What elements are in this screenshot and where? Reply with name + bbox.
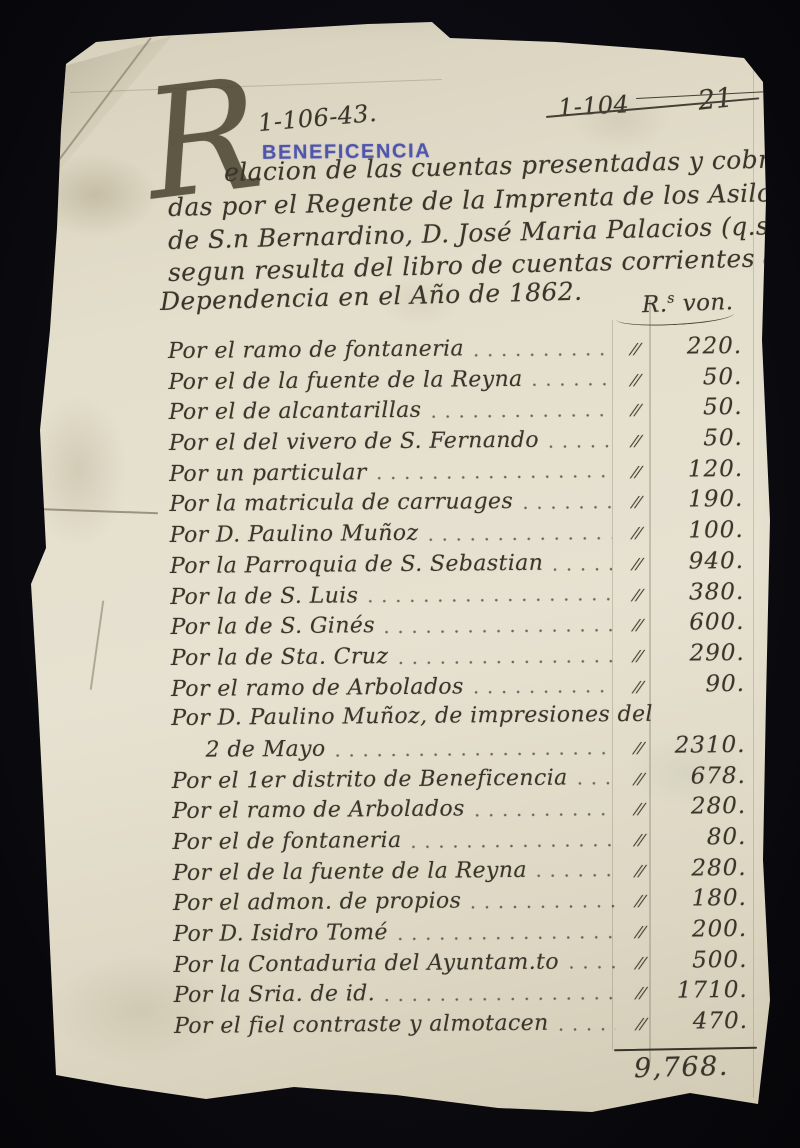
dot-leader [398,935,615,941]
row-label: Por D. Paulino Muñoz, de impresiones del [171,702,653,731]
row-label: Por la Parroquia de S. Sebastian [170,551,544,579]
beneficencia-stamp: BENEFICENCIA [262,140,431,165]
dot-leader [431,413,610,419]
ditto-mark: // [621,923,659,941]
top-crease [70,79,442,93]
ledger-row: Por el ramo de fontaneria//220. [168,333,758,369]
strikethrough-stroke [546,97,759,117]
ditto-mark: // [619,677,657,695]
ledger-row: Por el de la fuente de la Reyna//280. [173,855,763,891]
row-amount: 1710. [658,977,764,1004]
ditto-mark: // [621,861,659,879]
flourished-initial: R [137,58,270,223]
ditto-mark: // [622,953,660,971]
row-amount: 280. [656,793,762,820]
row-amount: 190. [653,486,759,513]
amount-column-crease [649,300,651,1062]
row-label: Por el de alcantarillas [169,398,422,425]
right-margin-crease [753,62,754,1098]
ledger-row-continuation: 2 de Mayo//2310. [171,732,761,768]
dot-leader [474,689,613,694]
dot-leader [578,781,614,785]
row-label: Por la de Sta. Cruz [171,644,389,671]
row-label: Por la matricula de carruages [169,489,513,517]
row-amount: 280. [657,855,763,882]
ditto-mark: // [617,432,655,450]
row-amount: 50. [652,364,758,391]
corner-fold-shade [56,32,186,182]
ledger-row: Por el de la fuente de la Reyna//50. [168,364,758,400]
row-amount: 90. [655,670,761,697]
crossed-number-annotation: 1-104 [557,90,630,122]
ditto-mark: // [619,616,657,634]
currency-unit: von. [675,289,734,317]
currency-column-header: R.s von. [642,288,734,318]
row-label: Por el de fontaneria [172,828,401,855]
row-label: Por la de S. Ginés [170,613,375,640]
row-amount: 200. [657,916,763,943]
ledger-row: Por D. Isidro Tomé//200. [173,916,763,952]
row-label: Por D. Paulino Muñoz [170,521,419,548]
ledger-row: Por la Parroquia de S. Sebastian//940. [170,548,760,584]
row-amount: 100. [654,517,760,544]
sum-rule [614,1047,757,1051]
row-label: Por el fiel contraste y almotacen [174,1011,549,1039]
ditto-mark: // [622,984,660,1002]
row-amount: 180. [657,885,763,912]
dot-leader [336,751,614,757]
dot-leader [412,843,615,849]
manuscript-page: R 1-106-43. 1-104 21 BENEFICENCIA elacio… [0,0,800,1148]
ditto-column-crease [612,320,613,1050]
ledger-row: Por el ramo de Arbolados//280. [172,793,762,829]
ditto-mark: // [616,340,654,358]
right-number-annotation: 21 [696,82,734,117]
corner-fold-crease [57,37,151,161]
ledger-row: Por el de fontaneria//80. [172,824,762,860]
ditto-mark: // [617,463,655,481]
dot-leader [385,628,613,634]
heading-line: elacion de las cuentas presentadas y cob… [224,144,795,187]
row-amount: 50. [653,394,759,421]
row-amount: 940. [654,548,760,575]
heading-line: Dependencia en el Año de 1862. [160,277,583,316]
ledger-row: Por la Contaduria del Ayuntam.to//500. [173,947,763,983]
heading-line: segun resulta del libro de cuentas corri… [168,241,800,287]
row-label: Por la Sria. de id. [174,982,376,1009]
currency-superscript: s [667,290,675,306]
ditto-mark: // [622,1015,660,1033]
left-edge-tear [36,508,158,514]
ditto-mark: // [620,739,658,757]
dot-leader [429,536,612,542]
dot-leader [368,597,612,603]
strikethrough-stroke-2 [636,91,768,99]
dot-leader [398,659,612,665]
dot-leader [549,444,611,449]
row-amount: 80. [656,824,762,851]
dot-leader [569,966,616,970]
row-label: Por el del vivero de S. Fernando [169,428,539,456]
row-amount: 600. [654,609,760,636]
dot-leader [553,567,612,572]
row-label: Por el ramo de Arbolados [171,674,464,702]
dot-leader [475,812,614,817]
row-amount: 290. [655,640,761,667]
dot-leader [474,352,610,357]
ledger-row: Por un particular//120. [169,456,759,492]
row-label: Por la Contaduria del Ayuntam.to [173,949,559,977]
row-label: Por el ramo de fontaneria [168,336,464,364]
ledger-row: Por la Sria. de id.//1710. [174,977,764,1013]
ledger-row: Por D. Paulino Muñoz, de impresiones del [171,701,761,737]
ditto-mark: // [618,555,656,573]
dot-leader [533,383,611,388]
heading-line: das por el Regente de la Imprenta de los… [168,178,786,222]
row-amount: 470. [658,1008,764,1035]
ledger-row: Por el ramo de Arbolados//90. [171,670,761,706]
photo-backdrop: R 1-106-43. 1-104 21 BENEFICENCIA elacio… [0,0,800,1148]
ditto-mark: // [620,800,658,818]
ditto-mark: // [618,524,656,542]
torn-flap-shadow [0,0,70,88]
ledger-row: Por D. Paulino Muñoz//100. [170,517,760,553]
row-amount: 2310. [655,732,761,759]
ditto-mark: // [620,769,658,787]
ledger-row: Por el 1er distrito de Beneficencia//678… [172,762,762,798]
row-label: Por el 1er distrito de Beneficencia [172,765,568,793]
row-label: Por el de la fuente de la Reyna [168,367,522,395]
ledger-row: Por el admon. de propios//180. [173,885,763,921]
ditto-mark: // [618,493,656,511]
row-amount: 500. [657,947,763,974]
dot-leader [385,996,616,1002]
ledger-row: Por el del vivero de S. Fernando//50. [169,425,759,461]
ditto-mark: // [621,892,659,910]
row-label: Por el admon. de propios [173,889,462,917]
left-edge-crack [90,600,104,689]
dot-leader [377,475,611,481]
ditto-mark: // [618,585,656,603]
currency-header-flourish [616,305,735,328]
row-label: Por D. Isidro Tomé [173,920,388,947]
ledger-row: Por la de S. Luis//380. [170,578,760,614]
row-label: Por la de S. Luis [170,583,358,610]
row-amount: 120. [653,456,759,483]
row-label-continued: 2 de Mayo [205,737,325,763]
dot-leader [523,505,611,510]
row-label: Por el de la fuente de la Reyna [173,858,527,886]
row-amount: 380. [654,578,760,605]
ledger-row: Por la matricula de carruages//190. [169,486,759,522]
file-number-annotation: 1-106-43. [257,99,378,137]
ledger-row: Por el de alcantarillas//50. [169,394,759,430]
total-amount: 9,768. [634,1051,730,1084]
ledger-row: Por la de Sta. Cruz//290. [171,640,761,676]
row-label: Por el ramo de Arbolados [172,797,465,825]
dot-leader [559,1027,616,1032]
currency-abbrev: R. [642,291,668,318]
row-label: Por un particular [169,460,367,487]
ledger-row: Por el fiel contraste y almotacen//470. [174,1008,764,1044]
dot-leader [537,873,615,878]
row-amount: 50. [653,425,759,452]
ditto-mark: // [621,831,659,849]
ledger-row: Por la de S. Ginés//600. [170,609,760,645]
row-amount: 220. [652,333,758,360]
row-amount: 678. [656,762,762,789]
dot-leader [471,904,615,909]
ditto-mark: // [617,401,655,419]
heading-line: de S.n Bernardino, D. José Maria Palacio… [168,210,800,255]
ditto-mark: // [619,647,657,665]
ditto-mark: // [617,370,655,388]
accounts-ledger: Por el ramo de fontaneria//220.Por el de… [168,333,764,1044]
